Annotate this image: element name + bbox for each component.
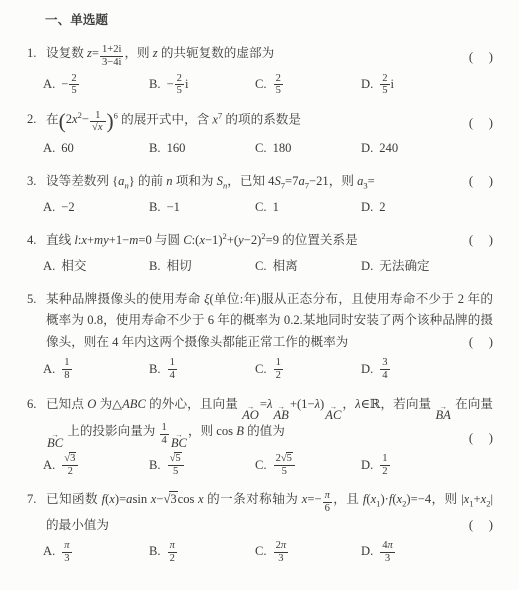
option-content: 相交 — [61, 256, 86, 277]
math-variable: x — [199, 233, 205, 247]
option-item: A.18 — [43, 357, 149, 381]
question-list: 1. 设复数 z=1+2i3−4i，则 z 的共轭复数的虚部为 ( ) A.−2… — [27, 43, 493, 564]
option-label: B. — [149, 74, 161, 95]
option-item: A.−25 — [43, 73, 149, 97]
fraction-denominator: 3 — [62, 552, 71, 565]
vector-name: AB — [273, 409, 288, 422]
superscript: 2 — [78, 110, 82, 120]
fraction-numerator: 2 — [69, 73, 78, 85]
subscript: 2 — [402, 499, 406, 509]
option-content: 34 — [379, 357, 390, 381]
math-variable: π — [325, 490, 330, 501]
fraction-numerator: π — [323, 490, 332, 502]
fraction-numerator: π — [168, 540, 177, 552]
fraction-numerator: 2π — [274, 540, 289, 552]
fraction: 14 — [168, 357, 177, 381]
option-label: B. — [149, 359, 161, 380]
answer-bracket: ( ) — [469, 171, 493, 192]
option-content: 25 — [273, 73, 284, 97]
option-item: D.无法确定 — [361, 256, 493, 277]
option-label: C. — [255, 256, 267, 277]
vector-name: BC — [47, 437, 63, 450]
option-content: 12 — [379, 453, 390, 477]
options-row: A.相交B.相切C.相离D.无法确定 — [43, 256, 493, 277]
fraction: 25 — [69, 73, 78, 97]
fraction: 1√x — [90, 110, 106, 134]
fraction-denominator: 2 — [380, 465, 389, 478]
question-item: 5. 某种品牌摄像头的使用寿命 ξ(单位:年)服从正态分布，且使用寿命不少于 2… — [27, 289, 493, 381]
fraction-numerator: 1 — [62, 357, 71, 369]
radicand: x — [97, 121, 104, 133]
fraction-numerator: 4π — [380, 540, 395, 552]
option-item: A.−2 — [43, 197, 149, 218]
fraction: 2√55 — [274, 453, 295, 477]
question-item: 7. 已知函数 f(x)=asin x−√3cos x 的一条对称轴为 x=−π… — [27, 489, 493, 564]
answer-bracket: ( ) — [469, 515, 493, 536]
option-item: D.4π3 — [361, 540, 493, 564]
option-content: 240 — [379, 138, 398, 159]
question-content: 已知函数 f(x)=asin x−√3cos x 的一条对称轴为 x=−π6，且… — [46, 489, 493, 564]
math-variable: y — [238, 233, 244, 247]
math-variable: x — [81, 233, 87, 247]
math-variable: z — [87, 46, 92, 60]
option-content: 2√55 — [273, 453, 296, 477]
option-content: 无法确定 — [379, 256, 429, 277]
question-stem: 已知函数 f(x)=asin x−√3cos x 的一条对称轴为 x=−π6，且… — [46, 489, 493, 536]
math-variable: f — [389, 492, 393, 506]
vector-name: BC — [171, 437, 187, 450]
options-row: A.−25B.−25 iC.25D.25 i — [43, 73, 493, 97]
option-item: C.1 — [255, 197, 361, 218]
question-item: 1. 设复数 z=1+2i3−4i，则 z 的共轭复数的虚部为 ( ) A.−2… — [27, 43, 493, 96]
option-content: 2π3 — [273, 540, 290, 564]
option-content: 18 — [61, 357, 72, 381]
math-variable: ABC — [122, 397, 146, 411]
option-content: −25 — [61, 73, 79, 97]
fraction-numerator: π — [62, 540, 71, 552]
question-stem: 设等差数列 {an} 的前 n 项和为 Sn，已知 4S7=7a7−21，则 a… — [46, 171, 493, 192]
fraction-denominator: 5 — [380, 84, 389, 97]
math-variable: x — [98, 122, 103, 133]
superscript: 2 — [223, 231, 227, 241]
option-content: 60 — [61, 138, 74, 159]
fraction: 12 — [380, 453, 389, 477]
superscript: 6 — [114, 110, 118, 120]
square-root: √3 — [163, 493, 177, 507]
fraction: 14 — [160, 422, 169, 446]
option-label: D. — [361, 256, 373, 277]
radicand: 3 — [169, 491, 177, 506]
question-content: 某种品牌摄像头的使用寿命 ξ(单位:年)服从正态分布，且使用寿命不少于 2 年的… — [46, 289, 493, 381]
subscript: 1 — [376, 499, 380, 509]
fraction-denominator: √x — [90, 121, 106, 134]
fraction-denominator: 3 — [274, 552, 289, 565]
fraction-numerator: 2 — [175, 73, 184, 85]
option-label: A. — [43, 138, 55, 159]
fraction-denominator: 4 — [168, 369, 177, 382]
radical-icon: √ — [281, 453, 286, 464]
fraction: √32 — [62, 453, 78, 477]
option-item: C.2√55 — [255, 453, 361, 477]
option-item: D.25 i — [361, 73, 493, 97]
option-item: C.12 — [255, 357, 361, 381]
option-item: A.√32 — [43, 453, 149, 477]
option-item: D.12 — [361, 453, 493, 477]
square-root: √5 — [281, 453, 293, 465]
math-variable: λ — [315, 397, 320, 411]
fraction-denominator: 3−4i — [100, 56, 123, 69]
fraction-denominator: 4 — [380, 369, 389, 382]
fraction-denominator: 8 — [62, 369, 71, 382]
fraction: 1+2i3−4i — [100, 44, 123, 68]
option-label: C. — [255, 74, 267, 95]
fraction: 25 — [380, 73, 389, 97]
math-variable: x — [302, 492, 308, 506]
math-variable: O — [87, 397, 96, 411]
option-item: B.160 — [149, 138, 255, 159]
question-stem: 直线 l:x+my+1−m=0 与圆 C:(x−1)2+(y−2)2=9 的位置… — [46, 230, 493, 251]
fraction: 25 — [175, 73, 184, 97]
fraction-numerator: 2√5 — [274, 453, 295, 465]
option-content: 160 — [167, 138, 186, 159]
subscript: 7 — [281, 181, 285, 191]
fraction-denominator: 5 — [274, 465, 295, 478]
option-label: B. — [149, 455, 161, 476]
fraction: π3 — [62, 540, 71, 564]
fraction-numerator: 1 — [90, 110, 106, 122]
fraction-denominator: 2 — [274, 369, 283, 382]
fraction: 25 — [274, 73, 283, 97]
answer-bracket: ( ) — [469, 47, 493, 68]
fraction: π6 — [323, 490, 332, 514]
square-root: √3 — [64, 453, 76, 465]
option-label: B. — [149, 541, 161, 562]
radicand: 5 — [286, 452, 293, 464]
fraction-numerator: 1 — [274, 357, 283, 369]
fraction-numerator: 3 — [380, 357, 389, 369]
option-item: C.180 — [255, 138, 361, 159]
paren-content: 2x2−1√x — [66, 109, 107, 134]
option-label: D. — [361, 138, 373, 159]
fraction-denominator: 5 — [69, 84, 78, 97]
option-label: C. — [255, 197, 267, 218]
subscript: 1 — [469, 499, 473, 509]
answer-bracket: ( ) — [469, 428, 493, 449]
option-label: D. — [361, 197, 373, 218]
question-stem: 设复数 z=1+2i3−4i，则 z 的共轭复数的虚部为 — [46, 43, 493, 68]
option-label: D. — [361, 541, 373, 562]
question-stem: 已知点 O 为△ABC 的外心，且向量 →AO=λ→AB+(1−λ)→AC，λ∈… — [46, 394, 493, 450]
fraction: 34 — [380, 357, 389, 381]
option-item: B.π2 — [149, 540, 255, 564]
fraction: 4π3 — [380, 540, 395, 564]
math-variable: π — [64, 540, 69, 551]
square-root: √x — [92, 122, 104, 134]
question-content: 已知点 O 为△ABC 的外心，且向量 →AO=λ→AB+(1−λ)→AC，λ∈… — [46, 394, 493, 478]
math-variable: z — [153, 46, 158, 60]
option-content: π3 — [61, 540, 72, 564]
superscript: 2 — [261, 231, 265, 241]
option-item: D.240 — [361, 138, 493, 159]
math-variable: n — [223, 181, 227, 191]
option-content: √32 — [61, 453, 79, 477]
option-content: 2 — [379, 197, 385, 218]
fraction: π2 — [168, 540, 177, 564]
answer-bracket: ( ) — [469, 113, 493, 134]
question-content: 设复数 z=1+2i3−4i，则 z 的共轭复数的虚部为 ( ) A.−25B.… — [46, 43, 493, 96]
option-item: A.60 — [43, 138, 149, 159]
math-variable: λ — [355, 397, 360, 411]
question-item: 3. 设等差数列 {an} 的前 n 项和为 Sn，已知 4S7=7a7−21，… — [27, 171, 493, 218]
fraction-numerator: 2 — [380, 73, 389, 85]
question-stem: 在(2x2−1√x)6 的展开式中，含 x7 的项的系数是 — [46, 109, 493, 134]
math-variable: π — [281, 540, 286, 551]
option-content: −25 i — [167, 73, 189, 97]
option-content: 25 i — [379, 73, 394, 97]
option-label: D. — [361, 74, 373, 95]
question-stem: 某种品牌摄像头的使用寿命 ξ(单位:年)服从正态分布，且使用寿命不少于 2 年的… — [46, 289, 493, 353]
fraction-numerator: 2 — [274, 73, 283, 85]
math-variable: λ — [267, 397, 272, 411]
math-variable: m — [129, 233, 138, 247]
option-label: D. — [361, 455, 373, 476]
math-variable: n — [124, 181, 128, 191]
option-item: D.34 — [361, 357, 493, 381]
vector: →BC — [171, 433, 187, 449]
option-label: A. — [43, 197, 55, 218]
option-content: −2 — [61, 197, 74, 218]
answer-bracket: ( ) — [469, 332, 493, 353]
math-variable: π — [170, 540, 175, 551]
subscript: 3 — [363, 181, 367, 191]
options-row: A.18B.14C.12D.34 — [43, 357, 493, 381]
option-label: B. — [149, 256, 161, 277]
vector-name: AO — [242, 409, 259, 422]
fraction-denominator: 6 — [323, 502, 332, 515]
option-item: C.2π3 — [255, 540, 361, 564]
subscript: n — [223, 181, 227, 191]
option-content: 4π3 — [379, 540, 396, 564]
option-label: D. — [361, 359, 373, 380]
option-item: A.相交 — [43, 256, 149, 277]
fraction-numerator: √5 — [168, 453, 184, 465]
fraction-denominator: 2 — [62, 465, 78, 478]
fraction-numerator: 1 — [168, 357, 177, 369]
option-content: 相离 — [273, 256, 298, 277]
options-row: A.√32B.√55C.2√55D.12 — [43, 453, 493, 477]
subscript: 7 — [305, 181, 309, 191]
option-content: 1 — [273, 197, 279, 218]
vector: →BA — [435, 405, 450, 421]
option-content: π2 — [167, 540, 178, 564]
open-paren: ( — [59, 111, 66, 132]
vector: →BC — [47, 433, 63, 449]
option-item: D.2 — [361, 197, 493, 218]
option-label: A. — [43, 359, 55, 380]
square-root: √5 — [170, 453, 182, 465]
option-label: B. — [149, 197, 161, 218]
fraction-denominator: 5 — [168, 465, 184, 478]
option-content: 相切 — [167, 256, 192, 277]
fraction-denominator: 2 — [168, 552, 177, 565]
subscript: 2 — [486, 499, 490, 509]
vector: →AC — [325, 405, 341, 421]
option-label: C. — [255, 138, 267, 159]
option-item: B.√55 — [149, 453, 255, 477]
math-variable: x — [151, 492, 157, 506]
question-item: 4. 直线 l:x+my+1−m=0 与圆 C:(x−1)2+(y−2)2=9 … — [27, 230, 493, 277]
answer-bracket: ( ) — [469, 230, 493, 251]
option-item: B.−1 — [149, 197, 255, 218]
vector: →AO — [242, 405, 259, 421]
question-item: 6. 已知点 O 为△ABC 的外心，且向量 →AO=λ→AB+(1−λ)→AC… — [27, 394, 493, 478]
math-variable: B — [236, 424, 244, 438]
fraction-numerator: 1 — [380, 453, 389, 465]
option-label: C. — [255, 455, 267, 476]
option-label: C. — [255, 359, 267, 380]
question-content: 设等差数列 {an} 的前 n 项和为 Sn，已知 4S7=7a7−21，则 a… — [46, 171, 493, 218]
option-label: A. — [43, 541, 55, 562]
option-content: 180 — [273, 138, 292, 159]
fraction-denominator: 5 — [274, 84, 283, 97]
option-item: B.14 — [149, 357, 255, 381]
option-content: √55 — [167, 453, 185, 477]
fraction: 12 — [274, 357, 283, 381]
math-variable: C — [183, 233, 191, 247]
option-label: A. — [43, 74, 55, 95]
fraction-numerator: 1 — [160, 422, 169, 434]
subscript: n — [124, 181, 128, 191]
options-row: A.−2B.−1C.1D.2 — [43, 197, 493, 218]
option-item: A.π3 — [43, 540, 149, 564]
fraction: √55 — [168, 453, 184, 477]
math-variable: a — [126, 492, 132, 506]
math-variable: l — [74, 233, 78, 247]
fraction-numerator: 1+2i — [100, 44, 123, 56]
math-variable: ξ — [204, 292, 209, 306]
fraction-denominator: 3 — [380, 552, 395, 565]
math-variable: n — [166, 174, 172, 188]
math-variable: π — [388, 540, 393, 551]
math-variable: x — [198, 492, 204, 506]
options-row: A.60B.160C.180D.240 — [43, 138, 493, 159]
fraction-denominator: 4 — [160, 434, 169, 447]
vector: →AB — [273, 405, 288, 421]
vector-name: AC — [325, 409, 341, 422]
option-content: −1 — [167, 197, 180, 218]
math-variable: f — [102, 492, 106, 506]
radicand: 5 — [174, 452, 181, 464]
question-item: 2. 在(2x2−1√x)6 的展开式中，含 x7 的项的系数是 ( ) A.6… — [27, 109, 493, 160]
options-row: A.π3B.π2C.2π3D.4π3 — [43, 540, 493, 564]
fraction: 2π3 — [274, 540, 289, 564]
math-variable: x — [109, 492, 115, 506]
close-paren: ) — [107, 111, 114, 132]
option-label: B. — [149, 138, 161, 159]
question-content: 直线 l:x+my+1−m=0 与圆 C:(x−1)2+(y−2)2=9 的位置… — [46, 230, 493, 277]
question-content: 在(2x2−1√x)6 的展开式中，含 x7 的项的系数是 ( ) A.60B.… — [46, 109, 493, 160]
math-variable: f — [363, 492, 367, 506]
option-content: 12 — [273, 357, 284, 381]
option-item: C.相离 — [255, 256, 361, 277]
option-content: 14 — [167, 357, 178, 381]
exam-page: 一、单选题 1. 设复数 z=1+2i3−4i，则 z 的共轭复数的虚部为 ( … — [0, 0, 519, 590]
vector-name: BA — [435, 409, 450, 422]
parenthesized-expression: (2x2−1√x) — [59, 109, 114, 134]
option-item: B.相切 — [149, 256, 255, 277]
fraction-numerator: √3 — [62, 453, 78, 465]
option-label: A. — [43, 256, 55, 277]
option-item: B.−25 i — [149, 73, 255, 97]
radicand: 3 — [69, 452, 76, 464]
math-variable: my — [94, 233, 109, 247]
fraction: 18 — [62, 357, 71, 381]
option-label: C. — [255, 541, 267, 562]
option-item: C.25 — [255, 73, 361, 97]
option-label: A. — [43, 455, 55, 476]
superscript: 7 — [218, 110, 222, 120]
section-title: 一、单选题 — [45, 10, 493, 31]
fraction-denominator: 5 — [175, 84, 184, 97]
